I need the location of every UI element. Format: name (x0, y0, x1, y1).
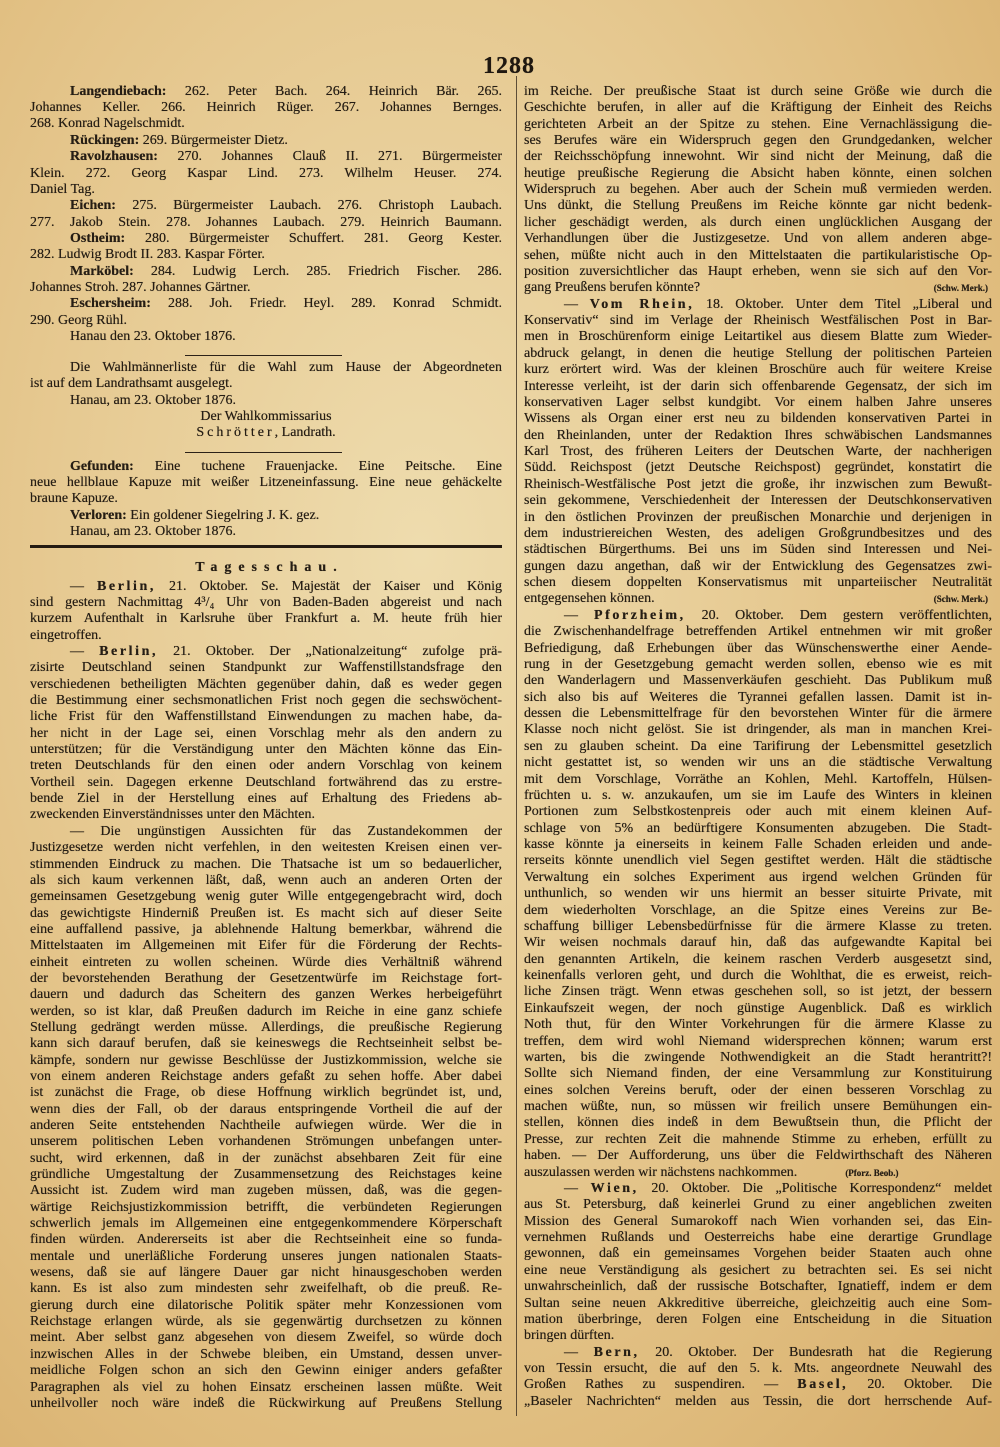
article-line: mentale und unerläßliche Forderung unser… (30, 1249, 502, 1265)
article-line: unthunlich, so wenden wir uns hiermit an… (524, 886, 992, 902)
article-line: Interesse verleiht, ist der darin sich o… (524, 379, 992, 395)
article-line: früchten u. s. w. anzukaufen, um sie im … (524, 788, 992, 804)
news-column-right: im Reiche. Der preußische Staat ist durc… (524, 84, 992, 1410)
list-line: Johannes Stroh. 287. Johannes Gärtner. (30, 280, 502, 296)
article-line: dessen die Lebensmittelfrage für den bev… (524, 706, 992, 722)
text-segment: Großen Rathes zu suspendiren. — (524, 1377, 797, 1392)
article-line: her nicht in der Lage sei, einen Vorschl… (30, 726, 502, 742)
article-line: aus St. Petersburg, daß keinerlei Grund … (524, 1197, 992, 1213)
article-line: gang Preußens berufen könnte?(Schw. Merk… (524, 280, 992, 296)
article-line: kurzem Aufenthalt in Karlsruhe über Fran… (30, 611, 502, 627)
place-label: Ostheim: (70, 231, 125, 246)
place-label: Gefunden: (70, 459, 134, 474)
article-line: den Rheinlanden, unter der Redaktion Ihr… (524, 428, 992, 444)
article-line: — Die ungünstigen Aussichten für das Zus… (30, 824, 502, 840)
article-line: Konservativ“ sind im Verlage der Rheinis… (524, 313, 992, 329)
short-rule (185, 355, 342, 356)
text-segment: 20. Oktober. Der Bundesrath hat die Regi… (640, 1345, 992, 1360)
article-line: auszulassen werden wir nächstens nachkom… (524, 1165, 992, 1181)
notice-line: Hanau, am 23. Oktober 1876. (30, 393, 502, 409)
text-segment: , Landrath. (275, 425, 336, 440)
article-line: werden, so ist klar, daß Preußen dadurch… (30, 1004, 502, 1020)
article-line: meint. Aber selbst ganz abgesehen von di… (30, 1330, 502, 1346)
article-line: Geschichte berufen, in aller auf die Krä… (524, 100, 992, 116)
article-line: sen zu glauben scheint. Da eine Tarifiru… (524, 739, 992, 755)
text-segment: — (70, 579, 97, 594)
article-line: — Vom Rhein, 18. Oktober. Unter dem Tite… (524, 297, 992, 313)
text-segment: 20. Oktober. Die „Politische Korresponde… (639, 1181, 992, 1196)
article-line: finden würden. Andererseits ist aber die… (30, 1232, 502, 1248)
article-line: rerseits könnte unendlich viel Segen ges… (524, 853, 992, 869)
article-line: Wir weisen nochmals darauf hin, daß das … (524, 935, 992, 951)
article-line: Presse, zur rechten Zeit die mahnende St… (524, 1132, 992, 1148)
article-line: Sollte sich Niemand finden, der eine Ver… (524, 1066, 992, 1082)
article-line: — Bern, 20. Oktober. Der Bundesrath hat … (524, 1345, 992, 1361)
place-label: Langendiebach: (70, 84, 166, 99)
article-line: eingetroffen. (30, 628, 502, 644)
place-label: Eichen: (70, 198, 116, 213)
article-line: vernehmen Rußlands und Oesterreichs habe… (524, 1230, 992, 1246)
list-line: Ostheim: 280. Bürgermeister Schuffert. 2… (30, 231, 502, 247)
text-segment: entgegensehen können. (524, 591, 655, 606)
article-line: verschiedenen betheiligten Mächten gegen… (30, 677, 502, 693)
lost-and-found-notice: Gefunden: Eine tuchene Frauenjacke. Eine… (30, 459, 502, 541)
article-line: treten Deutschlands für den einen oder a… (30, 758, 502, 774)
article-line: Mittelstaaten im Allgemeinen mit Eifer f… (30, 938, 502, 954)
article-line: meidliche Folgen schon an sich den Gewin… (30, 1363, 502, 1379)
separator (30, 345, 502, 360)
voter-list-notice: Die Wahlmännerliste für die Wahl zum Hau… (30, 360, 502, 442)
notice-line: Hanau, am 23. Oktober 1876. (30, 524, 502, 540)
article-line: kurz erörtert wird. Was der kleinen Bros… (524, 362, 992, 378)
short-rule (185, 452, 342, 453)
article-line: treffen, dem wird wohl Niemand widerspre… (524, 1034, 992, 1050)
list-line: Rückingen: 269. Bürgermeister Dietz. (30, 133, 502, 149)
article-line: unserem politischen Leben vorhandenen St… (30, 1134, 502, 1150)
list-line: Klein. 272. Georg Kaspar Lind. 273. Wilh… (30, 166, 502, 182)
list-line: Langendiebach: 262. Peter Bach. 264. Hei… (30, 84, 502, 100)
article-line: Karl Trost, des früheren Leiters der Deu… (524, 444, 992, 460)
dateline-place: Vom Rhein, (590, 297, 695, 312)
article-line: Justizgesetze werden nicht verfehlen, in… (30, 840, 502, 856)
article-line: gungen dazu angethan, daß wir der Entwic… (524, 559, 992, 575)
article-line: kann. Es ist also zum mindesten sehr zwe… (30, 1281, 502, 1297)
article-line: sucht, wird erkennen, daß in der zunächs… (30, 1151, 502, 1167)
article-line: wärtige Reichsjustizkommission betrifft,… (30, 1200, 502, 1216)
article-line: rung in der Gesetzgebung gemacht werden … (524, 657, 992, 673)
article-line: sich also bis auf Weiteres die Tyrannei … (524, 690, 992, 706)
article-line: Vortheil sein. Dagegen erkenne Deutschla… (30, 775, 502, 791)
article-line: Befriedigung, daß Erhebungen über das Wü… (524, 641, 992, 657)
article-line: mation überbringe, deren Folgen eine Ent… (524, 1312, 992, 1328)
list-line: 290. Georg Rühl. (30, 313, 502, 329)
text-segment: 21. Oktober. Se. Majestät der Kaiser und… (156, 579, 502, 594)
article-line: Verhandlungen über die Justizgesetze. Un… (524, 231, 992, 247)
article-line: Paragraphen als viel zu hohen Einsatz er… (30, 1380, 502, 1396)
dateline-place: Basel, (797, 1377, 848, 1392)
article-line: den genannten Artikeln, die keinem rasch… (524, 952, 992, 968)
text-segment: — (564, 297, 590, 312)
notice-line: Schrötter, Landrath. (30, 425, 502, 441)
article-line: Wissens als Organ einer erst neu zu bild… (524, 411, 992, 427)
list-line: Eschersheim: 288. Joh. Friedr. Heyl. 289… (30, 296, 502, 312)
text-segment: 275. Bürgermeister Laubach. 276. Christo… (116, 198, 502, 213)
notice-line: neue hellblaue Kapuze mit weißer Litzene… (30, 475, 502, 491)
article-line: Rheinisch-Westfälische Post jetzt die gr… (524, 477, 992, 493)
text-segment: 262. Peter Bach. 264. Heinrich Bär. 265. (166, 84, 502, 99)
text-segment: — (564, 608, 594, 623)
dateline-place: Berlin, (97, 579, 156, 594)
article-line: der bevorstehenden Berathung der Gesetze… (30, 971, 502, 987)
dateline-place: Wien, (591, 1181, 639, 1196)
list-line: Ravolzhausen: 270. Johannes Clauß II. 27… (30, 149, 502, 165)
text-segment: 270. Johannes Clauß II. 271. Bürgermeist… (158, 149, 502, 164)
article-line: schaffung billiger Lebensbedürfnisse für… (524, 919, 992, 935)
text-segment: 269. Bürgermeister Dietz. (139, 133, 288, 148)
page-number: 1288 (483, 53, 535, 80)
article-line: haben. — Der Aufforderung, uns über die … (524, 1148, 992, 1164)
notice-line: ist auf dem Landrathsamt ausgelegt. (30, 376, 502, 392)
article-line: liche Frist für den Waffenstillstand Ein… (30, 709, 502, 725)
article-line: abdruck gelangt, in denen die heutige St… (524, 346, 992, 362)
article-line: — Pforzheim, 20. Oktober. Dem gestern ve… (524, 608, 992, 624)
list-line: Johannes Keller. 266. Heinrich Rüger. 26… (30, 100, 502, 116)
notice-line: Der Wahlkommissarius (30, 409, 502, 425)
right-column: im Reiche. Der preußische Staat ist durc… (524, 84, 992, 1410)
notice-line: braune Kapuze. (30, 491, 502, 507)
article-line: sein gekommene, Verschiedenheit der Inte… (524, 493, 992, 509)
source-attribution: (Schw. Merk.) (934, 280, 988, 296)
article-line: unterstützen; für die Verständigung unte… (30, 742, 502, 758)
article-line: schen diesem doppelten Konservatismus mi… (524, 575, 992, 591)
place-label: Ravolzhausen: (70, 149, 158, 164)
article-line: Widerspruch zu begehen. Aber auch der Sc… (524, 182, 992, 198)
text-segment: 20. Oktober. Dem gestern veröffentlichte… (686, 608, 992, 623)
text-segment: 280. Bürgermeister Schuffert. 281. Georg… (125, 231, 502, 246)
text-segment: auszulassen werden wir nächstens nachkom… (524, 1165, 797, 1180)
article-line: eine auffallend passive, ja ablehnende H… (30, 922, 502, 938)
article-line: kämpfe, sondern nur gewisse Beschlüsse d… (30, 1053, 502, 1069)
article-line: — Wien, 20. Oktober. Die „Politische Kor… (524, 1181, 992, 1197)
text-segment: — (564, 1181, 591, 1196)
article-line: Stellung gedrängt werden müsse. Allerdin… (30, 1020, 502, 1036)
list-line: 277. Jakob Stein. 278. Johannes Laubach.… (30, 215, 502, 231)
article-line: Klasse noch nicht gelöst. Sie ist dringe… (524, 722, 992, 738)
article-line: Mission des General Sumarokoff nach Wien… (524, 1214, 992, 1230)
article-line: die Bestimmung einer sechsmonatlichen Fr… (30, 693, 502, 709)
place-label: Marköbel: (70, 264, 134, 279)
article-line: die Zwischenhandelfrage betreffenden Art… (524, 624, 992, 640)
article-line: — Berlin, 21. Oktober. Se. Majestät der … (30, 579, 502, 595)
article-line: Noth thut, für den Winter Vorkehrungen f… (524, 1017, 992, 1033)
dateline-place: Bern, (594, 1345, 640, 1360)
article-line: gerichteten Arbeit an der Spitze zu steh… (524, 117, 992, 133)
article-line: ses Berufes wäre ein Widerspruch gegen d… (524, 133, 992, 149)
section-heading: Tagesschau. (30, 560, 502, 576)
article-line: warten, bis die zwingende Nothwendigkeit… (524, 1050, 992, 1066)
article-line: dem industriereichen Westen, des adelige… (524, 526, 992, 542)
article-line: schlage von 5% an bedürftigere Konsument… (524, 821, 992, 837)
article-line: — Berlin, 21. Oktober. Der „Nationalzeit… (30, 644, 502, 660)
article-line: städtischen Bürgerthums. Bei uns im Süde… (524, 542, 992, 558)
news-column-left: — Berlin, 21. Oktober. Se. Majestät der … (30, 579, 502, 1413)
text-segment: Eine tuchene Frauenjacke. Eine Peitsche.… (134, 459, 502, 474)
article-line: sind gestern Nachmittag 4³/₄ Uhr von Bad… (30, 595, 502, 611)
article-line: anderen Seite entstehenden Nachtheile au… (30, 1118, 502, 1134)
article-line: Aussicht ist. Zudem wird man zugeben müs… (30, 1183, 502, 1199)
notice-line: Die Wahlmännerliste für die Wahl zum Hau… (30, 360, 502, 376)
column-divider (516, 76, 517, 1416)
article-line: bende Ziel in der Herstellung eines auf … (30, 791, 502, 807)
text-segment: 21. Oktober. Der „Nationalzeitung“ zufol… (158, 644, 502, 659)
text-segment: 288. Joh. Friedr. Heyl. 289. Konrad Schm… (151, 296, 502, 311)
article-line: gierung durch eine dilatorische Politik … (30, 1298, 502, 1314)
article-line: liche Zinsen trägt. Wenn etwas geschehen… (524, 984, 992, 1000)
article-line: licher geschädigt werden, als durch eine… (524, 215, 992, 231)
dateline-place: Berlin, (99, 644, 158, 659)
article-line: Portionen zum Selbstkostenpreis oder auc… (524, 804, 992, 820)
article-line: stellen, können dies indeß in dem Bewußt… (524, 1115, 992, 1131)
article-line: gemeinsamen Gesetzgebung wenig guter Wil… (30, 889, 502, 905)
source-attribution: (Schw. Merk.) (934, 591, 988, 607)
newspaper-page: 1288 Langendiebach: 262. Peter Bach. 264… (0, 0, 1000, 1447)
article-line: heutige preußische Regierung die Absicht… (524, 166, 992, 182)
article-line: Sultan seine neuen Akkreditive überreich… (524, 1296, 992, 1312)
notice-line: Gefunden: Eine tuchene Frauenjacke. Eine… (30, 459, 502, 475)
article-line: ist zunächst die Frage, ob diese Hoffnun… (30, 1085, 502, 1101)
article-line: wesens, daß sie auf längere Dauer gar ni… (30, 1265, 502, 1281)
text-segment: 284. Ludwig Lerch. 285. Friedrich Fische… (134, 264, 502, 279)
article-line: eines solchen Vereins beruft, oder der e… (524, 1083, 992, 1099)
article-line: als sich kaum verkennen läßt, daß, wenn … (30, 873, 502, 889)
source-attribution: (Pforz. Beob.) (845, 1168, 898, 1178)
list-line: 268. Konrad Nagelschmidt. (30, 116, 502, 132)
article-line: konservativen Lager selbst kundgibt. Vor… (524, 395, 992, 411)
text-segment: — (70, 644, 99, 659)
article-line: dem wiederholten Vorschlage, an die Spit… (524, 903, 992, 919)
article-line: stimmenden Eindruck zu machen. Die Thats… (30, 857, 502, 873)
text-segment: 18. Oktober. Unter dem Titel „Liberal un… (694, 297, 992, 312)
separator (30, 442, 502, 459)
article-line: entgegensehen können.(Schw. Merk.) (524, 591, 992, 607)
article-line: inzwischen Alles in der Schwebe bleiben,… (30, 1347, 502, 1363)
article-line: unwahrscheinlich, daß der russische Bots… (524, 1279, 992, 1295)
list-line: Daniel Tag. (30, 182, 502, 198)
article-line: nicht gestattet ist, so wenden wir uns a… (524, 755, 992, 771)
article-line: men in Broschürenform einige Leitartikel… (524, 329, 992, 345)
article-line: bringen dürften. (524, 1328, 992, 1344)
article-line: Reichstage erlangen würde, als sie gegen… (30, 1314, 502, 1330)
article-line: das gewichtigste Hinderniß Preußen ist. … (30, 906, 502, 922)
election-results-list: Langendiebach: 262. Peter Bach. 264. Hei… (30, 84, 502, 346)
place-label: Verloren: (70, 508, 127, 523)
article-line: zisirte Deutschland seinen Standpunkt zu… (30, 660, 502, 676)
article-line: einheit eintreten zu wollen scheinen. Wü… (30, 955, 502, 971)
article-line: gründliche Umgestaltung der Zusammensetz… (30, 1167, 502, 1183)
article-line: Großen Rathes zu suspendiren. — Basel, 2… (524, 1377, 992, 1393)
list-line: 282. Ludwig Brodt II. 283. Kaspar Förter… (30, 247, 502, 263)
article-line: dauern und dadurch das Scheitern des gan… (30, 987, 502, 1003)
article-line: in den östlichen Provinzen der preußisch… (524, 510, 992, 526)
text-segment: 20. Oktober. Die (848, 1377, 992, 1392)
article-line: kann sich darauf berufen, daß sie keines… (30, 1036, 502, 1052)
article-line: Verwaltung ein solches Experiment aus ir… (524, 870, 992, 886)
article-line: mit dem Vorschlage, Vorräthe an Kohlen, … (524, 772, 992, 788)
article-line: zweckenden Einverständnisses unter den M… (30, 807, 502, 823)
article-line: von einem anderen Reichstage anders gefa… (30, 1069, 502, 1085)
article-line: eine neue Verständigung als gesichert zu… (524, 1263, 992, 1279)
article-line: keinenfalls verloren geht, und durch die… (524, 968, 992, 984)
article-line: kasse könnte ja einerseits in keinem Fal… (524, 837, 992, 853)
list-line: Hanau den 23. Oktober 1876. (30, 329, 502, 345)
article-line: der Reichsschöpfung innewohnt. Wir sind … (524, 149, 992, 165)
thick-rule (30, 545, 502, 548)
notice-line: Verloren: Ein goldener Siegelring J. K. … (30, 508, 502, 524)
separator (30, 540, 502, 559)
article-line: Einkaufszeit wegen, der noch günstige Au… (524, 1001, 992, 1017)
article-line: den Wanderlagern und Massenverkäufen ges… (524, 673, 992, 689)
place-label: Rückingen: (70, 133, 139, 148)
article-line: von Tessin ersucht, die auf den 5. k. Mt… (524, 1361, 992, 1377)
article-line: Südd. Reichspost (jetzt Deutsche Reichsp… (524, 460, 992, 476)
article-line: Uns dünkt, die Stellung Preußens im Reic… (524, 198, 992, 214)
text-segment: Ein goldener Siegelring J. K. gez. (127, 508, 319, 523)
article-line: gewonnen, daß ein gemeinsames Vorgehen b… (524, 1246, 992, 1262)
article-line: „Baseler Nachrichten“ melden aus Tessin,… (524, 1394, 992, 1410)
place-label: Eschersheim: (70, 296, 151, 311)
article-line: machen wüßte, nun, so müssen wir freilic… (524, 1099, 992, 1115)
article-line: im Reiche. Der preußische Staat ist durc… (524, 84, 992, 100)
article-line: sehen, müßte nicht auch in den Mittelsta… (524, 248, 992, 264)
article-line: unheilvoller noch wäre indeß die Rückwir… (30, 1396, 502, 1412)
text-segment: — (564, 1345, 594, 1360)
left-column: Langendiebach: 262. Peter Bach. 264. Hei… (30, 84, 502, 1412)
list-line: Eichen: 275. Bürgermeister Laubach. 276.… (30, 198, 502, 214)
signature-name: Schrötter (196, 425, 274, 440)
article-line: schwerlich jemals im Allgemeinen eine en… (30, 1216, 502, 1232)
article-line: wenn dies der Fall, ob der daraus entspr… (30, 1102, 502, 1118)
article-line: position zuversichtlicher das Haupt erhe… (524, 264, 992, 280)
spacer (30, 576, 502, 579)
list-line: Marköbel: 284. Ludwig Lerch. 285. Friedr… (30, 264, 502, 280)
dateline-place: Pforzheim, (594, 608, 686, 623)
text-segment: gang Preußens berufen könnte? (524, 280, 700, 295)
